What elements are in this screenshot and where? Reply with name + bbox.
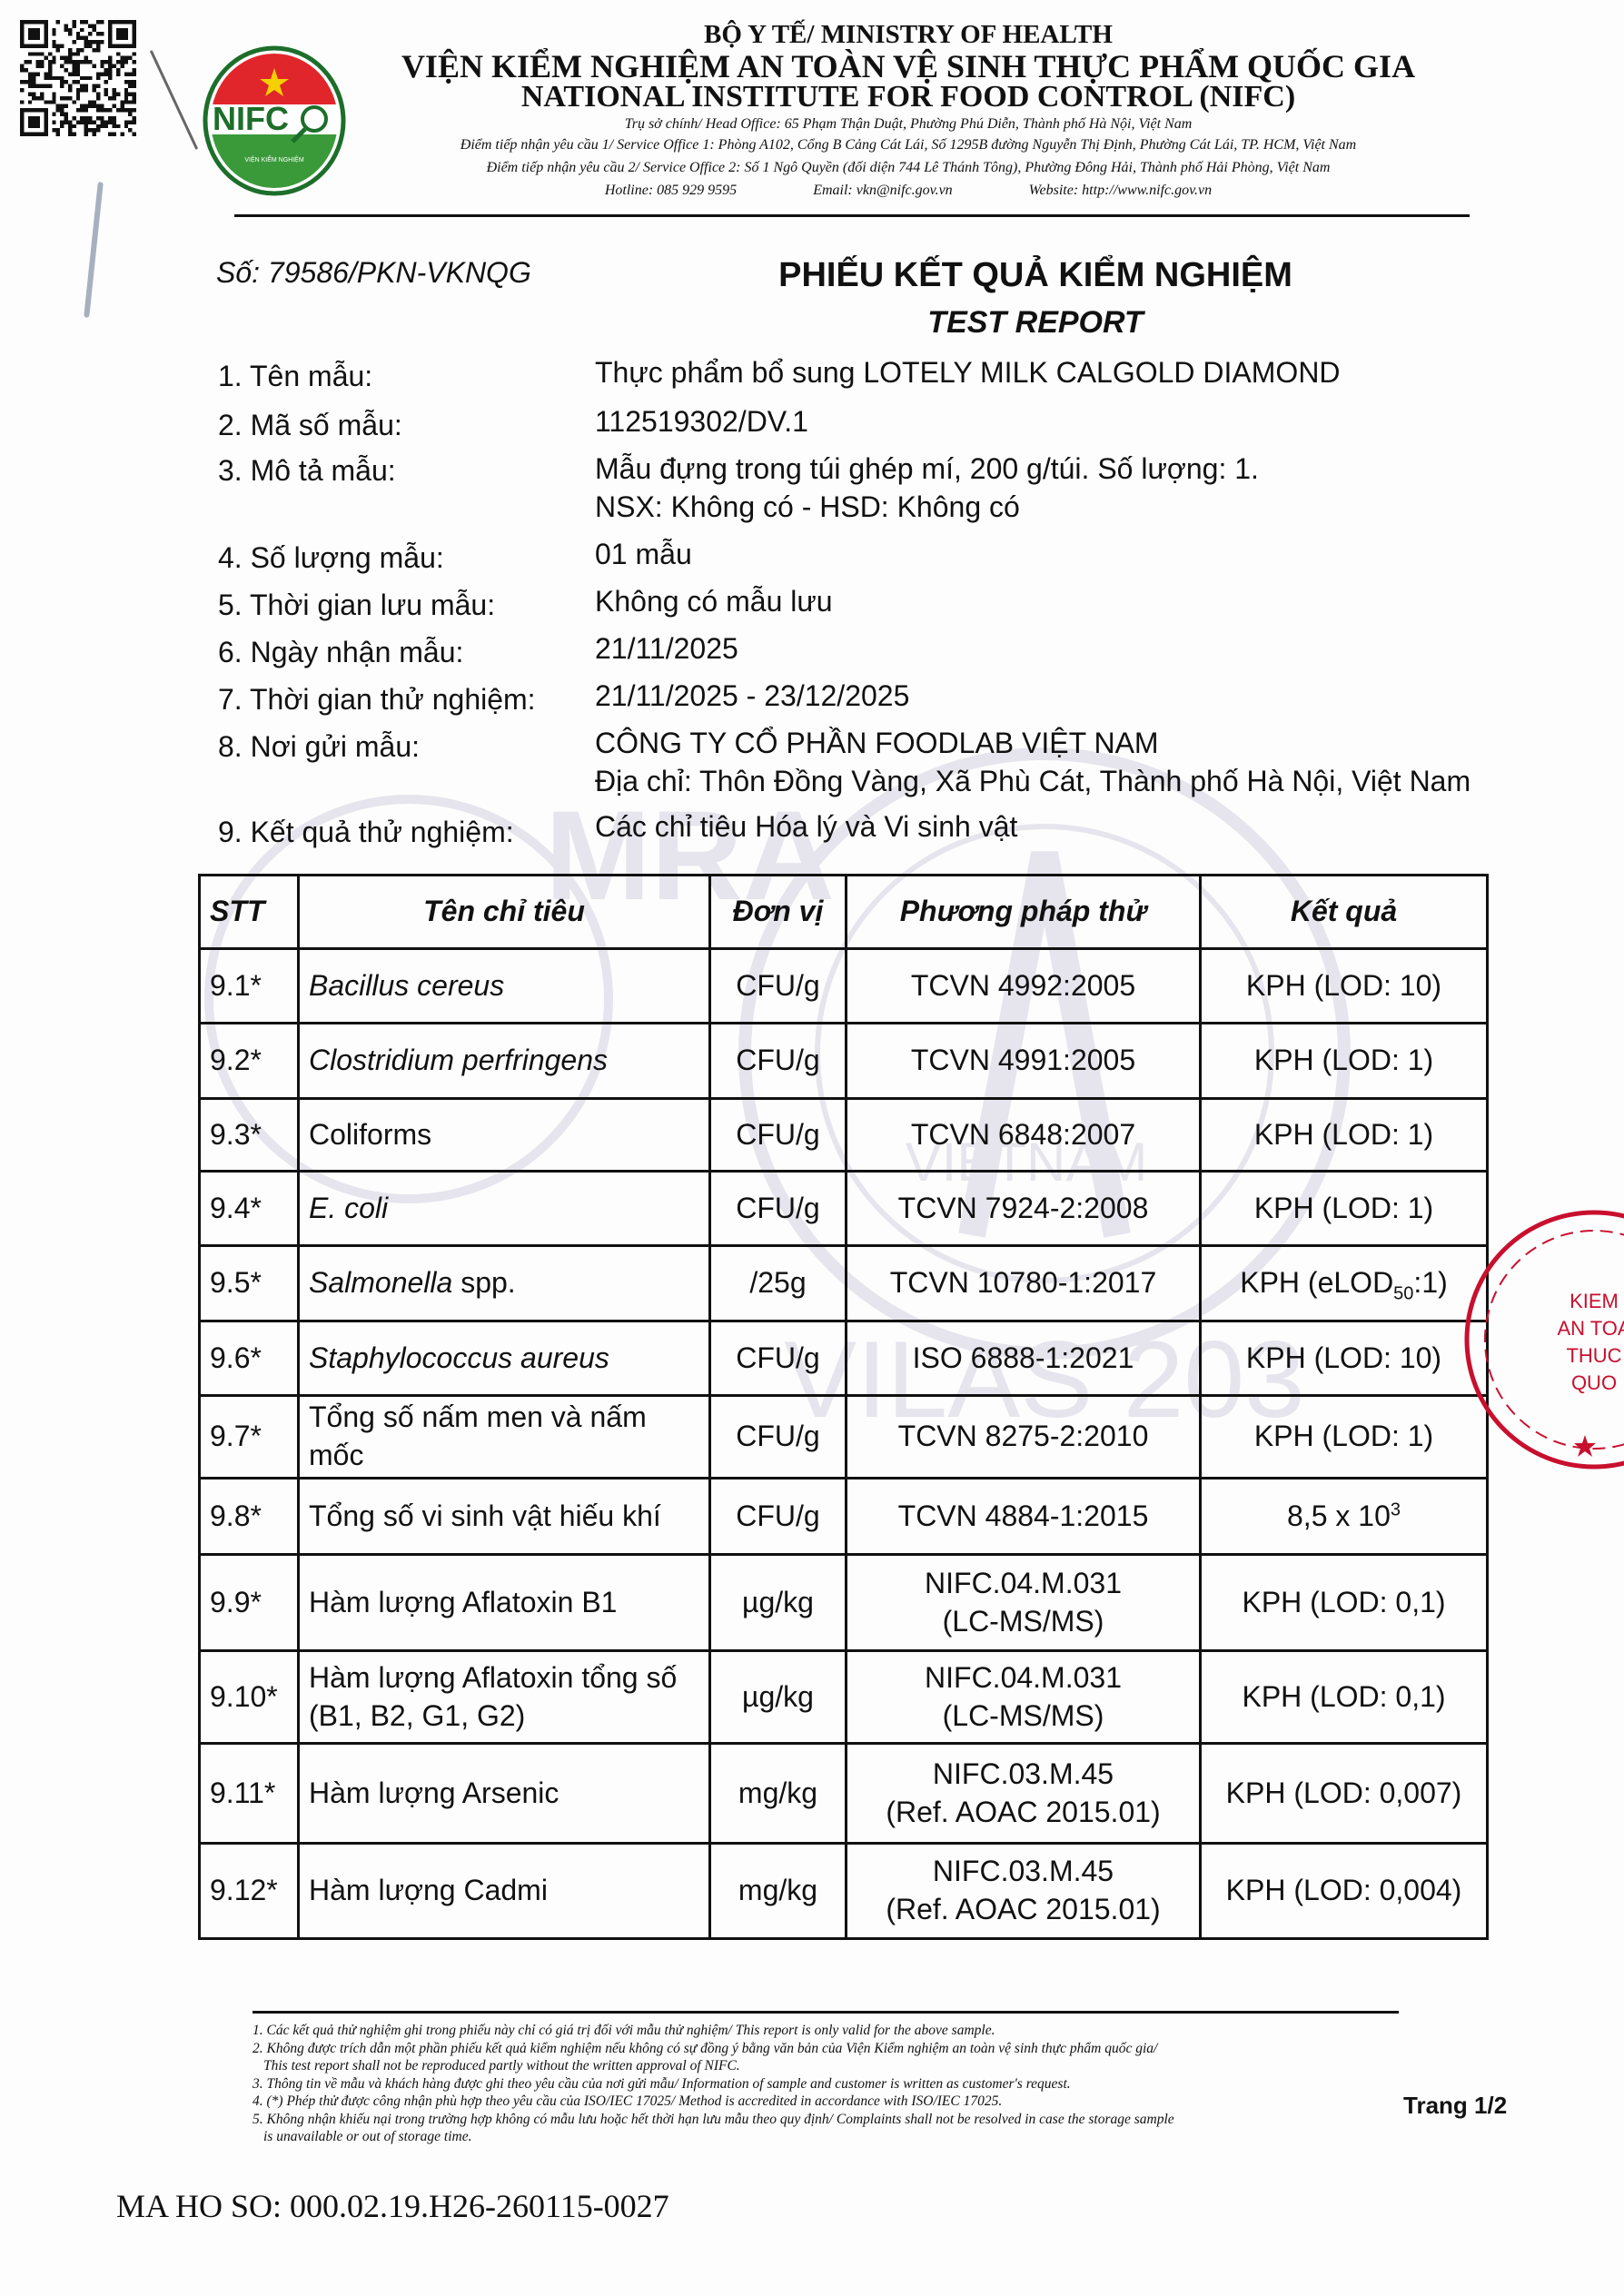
cell-method: TCVN 4884-1:2015 — [847, 1479, 1201, 1555]
cell-indicator-name: Hàm lượng Arsenic — [299, 1744, 710, 1844]
footer-note: 2. Không được trích dẫn một phần phiếu k… — [253, 2040, 1406, 2058]
sender-label: 8. Nơi gửi mẫu: — [218, 730, 420, 764]
cell-method: NIFC.03.M.45(Ref. AOAC 2015.01) — [847, 1744, 1201, 1844]
cell-indicator-name: Staphylococcus aureus — [299, 1321, 710, 1396]
table-row: 9.3*ColiformsCFU/gTCVN 6848:2007KPH (LOD… — [200, 1099, 1488, 1172]
cell-method: ISO 6888-1:2021 — [847, 1321, 1201, 1396]
cell-stt: 9.1* — [200, 949, 299, 1024]
sample-description-value: Mẫu đựng trong túi ghép mí, 200 g/túi. S… — [595, 452, 1259, 486]
institute-name-en: NATIONAL INSTITUTE FOR FOOD CONTROL (NIF… — [345, 80, 1471, 114]
cell-result: 8,5 x 103 — [1201, 1479, 1488, 1555]
cell-result: KPH (LOD: 1) — [1201, 1024, 1488, 1099]
cell-stt: 9.6* — [200, 1321, 299, 1396]
cell-indicator-name: Hàm lượng Aflatoxin tổng số (B1, B2, G1,… — [299, 1651, 710, 1744]
cell-stt: 9.9* — [200, 1555, 299, 1651]
received-date-label: 6. Ngày nhận mẫu: — [218, 636, 463, 669]
col-header-name: Tên chỉ tiêu — [299, 876, 710, 949]
cell-result: KPH (LOD: 0,004) — [1201, 1844, 1488, 1939]
service-office-2-address: Điểm tiếp nhận yêu cầu 2/ Service Office… — [345, 160, 1471, 176]
table-row: 9.2*Clostridium perfringensCFU/gTCVN 499… — [200, 1024, 1488, 1099]
footer-note: This test report shall not be reproduced… — [253, 2057, 1406, 2075]
footer-notes: 1. Các kết quả thử nghiệm ghi trong phiế… — [253, 2022, 1406, 2146]
cell-indicator-name: Clostridium perfringens — [299, 1024, 710, 1099]
cell-indicator-name: Tổng số nấm men và nấm mốc — [299, 1396, 710, 1479]
scan-edge-artifact — [150, 50, 198, 150]
cell-unit: CFU/g — [710, 1024, 847, 1099]
email-link[interactable]: Email: vkn@nifc.gov.vn — [813, 183, 952, 198]
table-row: 9.5*Salmonella spp./25gTCVN 10780-1:2017… — [200, 1246, 1488, 1321]
contact-line: Hotline: 085 929 9595 Email: vkn@nifc.go… — [345, 183, 1471, 199]
table-row: 9.8*Tổng số vi sinh vật hiếu khíCFU/gTCV… — [200, 1479, 1488, 1555]
cell-result: KPH (LOD: 0,007) — [1201, 1744, 1488, 1844]
cell-unit: CFU/g — [710, 1099, 847, 1172]
service-office-1-address: Điểm tiếp nhận yêu cầu 1/ Service Office… — [345, 137, 1471, 153]
svg-text:THUC: THUC — [1566, 1344, 1621, 1367]
sample-name-value: Thực phẩm bổ sung LOTELY MILK CALGOLD DI… — [595, 356, 1341, 390]
table-row: 9.10*Hàm lượng Aflatoxin tổng số (B1, B2… — [200, 1651, 1488, 1744]
cell-indicator-name: Coliforms — [299, 1099, 710, 1172]
footer-note: 1. Các kết quả thử nghiệm ghi trong phiế… — [253, 2022, 1406, 2040]
cell-result: KPH (eLOD50:1) — [1201, 1246, 1488, 1321]
cell-method: NIFC.03.M.45(Ref. AOAC 2015.01) — [847, 1844, 1201, 1939]
website-link[interactable]: Website: http://www.nifc.gov.vn — [1029, 183, 1212, 198]
sample-code-value: 112519302/DV.1 — [595, 405, 808, 439]
table-header-row: STT Tên chỉ tiêu Đơn vị Phương pháp thử … — [200, 876, 1488, 949]
cell-result: KPH (LOD: 0,1) — [1201, 1651, 1488, 1744]
cell-method: TCVN 7924-2:2008 — [847, 1172, 1201, 1246]
report-number: Số: 79586/PKN-VKNQG — [216, 256, 531, 290]
footer-note: 5. Không nhận khiếu nại trong trường hợp… — [253, 2111, 1406, 2129]
hotline: Hotline: 085 929 9595 — [605, 183, 737, 198]
cell-result: KPH (LOD: 1) — [1201, 1099, 1488, 1172]
cell-indicator-name: E. coli — [299, 1172, 710, 1246]
svg-text:QUO: QUO — [1571, 1371, 1617, 1394]
cell-stt: 9.11* — [200, 1744, 299, 1844]
cell-indicator-name: Bacillus cereus — [299, 949, 710, 1024]
footer-note: is unavailable or out of storage time. — [253, 2128, 1406, 2146]
cell-indicator-name: Hàm lượng Cadmi — [299, 1844, 710, 1939]
svg-text:AN TOA: AN TOA — [1557, 1317, 1624, 1340]
cell-unit: µg/kg — [710, 1651, 847, 1744]
page-number: Trang 1/2 — [1403, 2092, 1507, 2120]
results-table: STT Tên chỉ tiêu Đơn vị Phương pháp thử … — [198, 874, 1489, 1940]
cell-result: KPH (LOD: 10) — [1201, 949, 1488, 1024]
test-results-value: Các chỉ tiêu Hóa lý và Vi sinh vật — [595, 810, 1017, 844]
footer-divider — [253, 2011, 1399, 2014]
cell-method: TCVN 10780-1:2017 — [847, 1246, 1201, 1321]
cell-result: KPH (LOD: 1) — [1201, 1396, 1488, 1479]
cell-indicator-name: Hàm lượng Aflatoxin B1 — [299, 1555, 710, 1651]
retention-time-label: 5. Thời gian lưu mẫu: — [218, 589, 495, 622]
cell-stt: 9.4* — [200, 1172, 299, 1246]
cell-method: NIFC.04.M.031(LC-MS/MS) — [847, 1555, 1201, 1651]
table-row: 9.9*Hàm lượng Aflatoxin B1µg/kgNIFC.04.M… — [200, 1555, 1488, 1651]
cell-stt: 9.12* — [200, 1844, 299, 1939]
retention-time-value: Không có mẫu lưu — [595, 585, 833, 619]
sample-quantity-value: 01 mẫu — [595, 538, 692, 571]
cell-method: NIFC.04.M.031(LC-MS/MS) — [847, 1651, 1201, 1744]
head-office-address: Trụ sở chính/ Head Office: 65 Phạm Thận … — [345, 116, 1471, 133]
sample-code-label: 2. Mã số mẫu: — [218, 409, 402, 442]
cell-stt: 9.8* — [200, 1479, 299, 1555]
scan-edge-artifact — [84, 182, 104, 318]
cell-unit: mg/kg — [710, 1744, 847, 1844]
cell-method: TCVN 6848:2007 — [847, 1099, 1201, 1172]
header-divider — [234, 214, 1470, 217]
footer-note: 3. Thông tin về mẫu và khách hàng được g… — [253, 2075, 1406, 2093]
svg-text:VIỆN KIỂM NGHIỆM: VIỆN KIỂM NGHIỆM — [244, 155, 304, 163]
table-row: 9.11*Hàm lượng Arsenicmg/kgNIFC.03.M.45(… — [200, 1744, 1488, 1844]
nifc-logo: NIFC VIỆN KIỂM NGHIỆM — [202, 45, 347, 196]
report-title-vn: PHIẾU KẾT QUẢ KIỂM NGHIỆM — [636, 256, 1435, 295]
cell-result: KPH (LOD: 1) — [1201, 1172, 1488, 1246]
cell-stt: 9.2* — [200, 1024, 299, 1099]
dossier-code: MA HO SO: 000.02.19.H26-260115-0027 — [116, 2187, 669, 2225]
table-row: 9.12*Hàm lượng Cadmimg/kgNIFC.03.M.45(Re… — [200, 1844, 1488, 1939]
sender-address-value: Địa chỉ: Thôn Đồng Vàng, Xã Phù Cát, Thà… — [595, 765, 1471, 798]
cell-unit: CFU/g — [710, 1172, 847, 1246]
sample-description-value-2: NSX: Không có - HSD: Không có — [595, 490, 1020, 524]
cell-stt: 9.3* — [200, 1099, 299, 1172]
sample-name-label: 1. Tên mẫu: — [218, 360, 372, 393]
test-period-label: 7. Thời gian thử nghiệm: — [218, 683, 536, 717]
cell-unit: µg/kg — [710, 1555, 847, 1651]
cell-indicator-name: Tổng số vi sinh vật hiếu khí — [299, 1479, 710, 1555]
test-results-label: 9. Kết quả thử nghiệm: — [218, 816, 514, 849]
col-header-unit: Đơn vị — [710, 876, 847, 949]
cell-unit: CFU/g — [710, 949, 847, 1024]
cell-stt: 9.10* — [200, 1651, 299, 1744]
sample-quantity-label: 4. Số lượng mẫu: — [218, 541, 444, 575]
logo-text: NIFC — [213, 100, 289, 137]
col-header-stt: STT — [200, 876, 299, 949]
table-row: 9.4*E. coliCFU/gTCVN 7924-2:2008KPH (LOD… — [200, 1172, 1488, 1246]
table-row: 9.1*Bacillus cereusCFU/gTCVN 4992:2005KP… — [200, 949, 1488, 1024]
test-period-value: 21/11/2025 - 23/12/2025 — [595, 679, 909, 713]
table-row: 9.7*Tổng số nấm men và nấm mốcCFU/gTCVN … — [200, 1396, 1488, 1479]
cell-unit: /25g — [710, 1246, 847, 1321]
cell-result: KPH (LOD: 10) — [1201, 1321, 1488, 1396]
cell-stt: 9.7* — [200, 1396, 299, 1479]
qr-code — [20, 20, 136, 136]
col-header-method: Phương pháp thử — [847, 876, 1201, 949]
ministry-name: BỘ Y TẾ/ MINISTRY OF HEALTH — [345, 20, 1471, 50]
footer-note: 4. (*) Phép thử được công nhận phù hợp t… — [253, 2093, 1406, 2111]
cell-unit: mg/kg — [710, 1844, 847, 1939]
sender-value: CÔNG TY CỔ PHẦN FOODLAB VIỆT NAM — [595, 727, 1159, 760]
report-title-en: TEST REPORT — [636, 305, 1435, 341]
cell-unit: CFU/g — [710, 1479, 847, 1555]
table-row: 9.6*Staphylococcus aureusCFU/gISO 6888-1… — [200, 1321, 1488, 1396]
cell-unit: CFU/g — [710, 1321, 847, 1396]
cell-result: KPH (LOD: 0,1) — [1201, 1555, 1488, 1651]
cell-method: TCVN 8275-2:2010 — [847, 1396, 1201, 1479]
cell-unit: CFU/g — [710, 1396, 847, 1479]
cell-method: TCVN 4991:2005 — [847, 1024, 1201, 1099]
cell-stt: 9.5* — [200, 1246, 299, 1321]
cell-method: TCVN 4992:2005 — [847, 949, 1201, 1024]
received-date-value: 21/11/2025 — [595, 632, 738, 666]
svg-text:KIEM: KIEM — [1570, 1290, 1619, 1312]
col-header-result: Kết quả — [1201, 876, 1488, 949]
sample-description-label: 3. Mô tả mẫu: — [218, 454, 396, 488]
cell-indicator-name: Salmonella spp. — [299, 1246, 710, 1321]
